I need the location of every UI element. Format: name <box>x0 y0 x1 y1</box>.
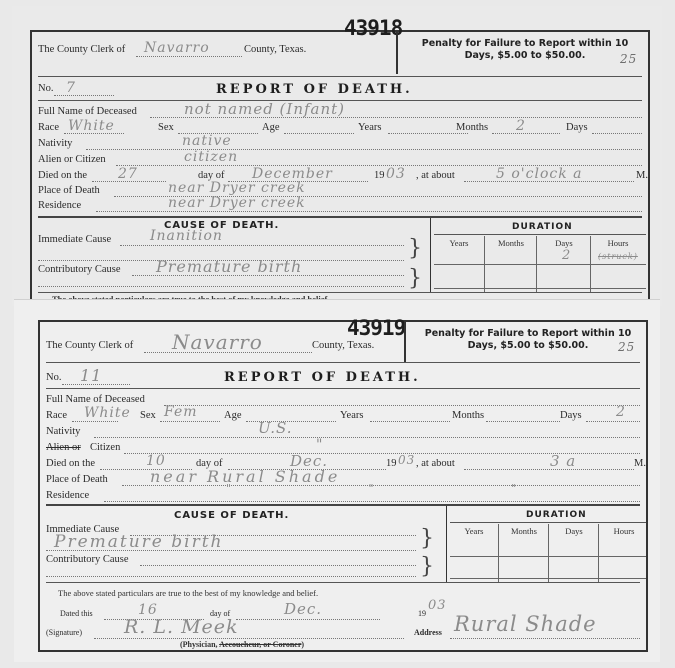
died-on-label: Died on the <box>38 170 87 181</box>
years-line <box>370 421 450 422</box>
penalty-line-2: Days, $5.00 to $50.00. <box>408 340 648 352</box>
time-line <box>464 469 634 470</box>
sex-label: Sex <box>140 410 156 421</box>
sex-value: Fem <box>164 404 198 420</box>
signature-label: (Signature) <box>46 628 82 637</box>
race-sex-age-row: Race White Sex Age Years Months 2 Days <box>32 120 648 136</box>
role-physician: (Physician, <box>180 640 219 649</box>
duration-days-value: 2 <box>562 248 571 263</box>
death-report-form: 43918 The County Clerk of Navarro County… <box>30 30 650 300</box>
divider <box>450 522 646 523</box>
dated-month-value: Dec. <box>284 600 322 618</box>
residence-value: near Dryer creek <box>168 195 306 211</box>
divider <box>38 76 642 77</box>
died-on-row: Died on the 10 day of Dec. 19 03 , at ab… <box>40 456 646 472</box>
death-report-sheet-43918: 43918 The County Clerk of Navarro County… <box>12 6 662 306</box>
no-label: No. <box>38 83 53 94</box>
duration-hours-value: (struck) <box>598 252 638 261</box>
died-on-label: Died on the <box>46 458 95 469</box>
form-title: REPORT OF DEATH. <box>224 370 421 385</box>
dated-month-line <box>236 619 380 620</box>
county-clerk-label: The County Clerk of <box>38 44 125 55</box>
role-struck: Accoucheur, or Coroner <box>219 640 301 649</box>
serial-number: 43918 <box>344 16 402 40</box>
contributory-cause-line-2 <box>38 286 404 287</box>
at-about-label: , at about <box>416 170 455 181</box>
divider <box>46 582 640 583</box>
days-label: Days <box>560 410 582 421</box>
full-name-row: Full Name of Deceased not named (Infant) <box>32 103 648 119</box>
immediate-cause-value: Inanition <box>150 228 223 244</box>
county-value: Navarro <box>172 330 263 354</box>
penalty-notice: Penalty for Failure to Report within 10 … <box>408 328 648 352</box>
nativity-value: native <box>182 133 232 149</box>
number-row: No. 11 REPORT OF DEATH. <box>40 366 646 386</box>
nativity-label: Nativity <box>46 426 80 437</box>
race-line <box>72 421 118 422</box>
months-label: Months <box>456 122 488 133</box>
duration-divider <box>430 218 431 292</box>
residence-line <box>96 211 642 212</box>
years-label: Years <box>340 410 363 421</box>
duration-col-hours: Hours <box>600 526 648 536</box>
brace: } <box>408 268 422 290</box>
months-label: Months <box>452 410 484 421</box>
age-label: Age <box>262 122 280 133</box>
alien-citizen-value: citizen <box>184 149 238 165</box>
divider <box>434 234 646 235</box>
header-divider <box>396 32 398 74</box>
death-report-sheet-43919: 43919 The County Clerk of Navarro County… <box>14 300 660 662</box>
nativity-line <box>86 149 642 150</box>
contributory-cause-row: Contributory Cause <box>40 552 646 568</box>
duration-col-years: Years <box>450 526 498 536</box>
died-on-row: Died on the 27 day of December 19 03 , a… <box>32 168 648 184</box>
sex-line <box>160 421 220 422</box>
alien-citizen-value: " <box>316 437 323 453</box>
signature-row: (Signature) R. L. Meek Address Rural Sha… <box>40 624 646 642</box>
penalty-line-1: Penalty for Failure to Report within 10 <box>408 328 648 340</box>
residence-row: Residence " " " <box>40 488 646 504</box>
number-row: No. 7 REPORT OF DEATH. <box>32 80 648 98</box>
signature-role: (Physician, Accoucheur, or Coroner) <box>180 640 304 649</box>
full-name-line <box>164 405 640 406</box>
role-close: ) <box>301 640 304 649</box>
death-report-form: 43919 The County Clerk of Navarro County… <box>38 320 648 652</box>
m-label: M. <box>634 458 646 469</box>
divider <box>46 504 640 506</box>
race-label: Race <box>46 410 67 421</box>
immediate-cause-value: Premature birth <box>54 532 223 552</box>
duration-col-months: Months <box>486 238 536 248</box>
at-about-label: , at about <box>416 458 455 469</box>
race-sex-age-row: Race White Sex Fem Age Years Months Days… <box>40 408 646 424</box>
immediate-cause-line <box>120 245 404 246</box>
dated-year-prefix: 19 <box>418 609 426 618</box>
contributory-cause-value: Premature birth <box>156 257 302 276</box>
county-value: Navarro <box>144 40 210 56</box>
days-line <box>592 133 642 134</box>
duration-title: DURATION <box>512 222 573 232</box>
months-line <box>492 133 560 134</box>
county-line <box>136 56 242 57</box>
duration-col-months: Months <box>500 526 548 536</box>
nativity-label: Nativity <box>38 138 72 149</box>
contributory-cause-label: Contributory Cause <box>46 554 129 565</box>
nativity-row: Nativity U.S. <box>40 424 646 440</box>
years-label: Years <box>358 122 381 133</box>
nativity-row: Nativity native <box>32 136 648 152</box>
residence-value: " " " <box>226 482 536 495</box>
brace: } <box>420 528 434 550</box>
penalty-notice: Penalty for Failure to Report within 10 … <box>400 38 650 62</box>
race-value: White <box>84 405 131 421</box>
year-prefix: 19 <box>386 458 397 469</box>
cause-section-title: CAUSE OF DEATH. <box>174 510 289 521</box>
no-line <box>54 95 114 96</box>
no-label: No. <box>46 372 61 383</box>
died-day-value: 27 <box>118 166 138 182</box>
place-of-death-row: Place of Death near Dryer creek <box>32 183 648 199</box>
penalty-line-1: Penalty for Failure to Report within 10 <box>400 38 650 50</box>
nativity-line <box>94 437 640 438</box>
year-prefix: 19 <box>374 170 385 181</box>
duration-title: DURATION <box>526 510 587 520</box>
address-line <box>450 638 640 639</box>
certification-text: The above stated particulars are true to… <box>58 588 318 598</box>
age-line <box>284 133 354 134</box>
duration-divider <box>446 506 447 582</box>
residence-row: Residence near Dryer creek <box>32 198 648 214</box>
sex-label: Sex <box>158 122 174 133</box>
contributory-cause-line <box>140 565 416 566</box>
county-clerk-label: The County Clerk of <box>46 340 133 351</box>
penalty-line-2: Days, $5.00 to $50.00. <box>400 50 650 62</box>
contributory-cause-line-2 <box>46 576 416 577</box>
duration-col-days: Days <box>538 238 590 248</box>
full-name-value: not named (Infant) <box>184 100 345 118</box>
place-label: Place of Death <box>46 474 108 485</box>
time-value: 3 a <box>550 452 576 470</box>
days-line <box>586 421 640 422</box>
no-value: 7 <box>66 80 76 96</box>
year-value: 03 <box>398 453 415 467</box>
signature-value: R. L. Meek <box>124 616 239 638</box>
months-value: 2 <box>516 118 526 134</box>
no-value: 11 <box>80 366 102 385</box>
full-name-label: Full Name of Deceased <box>38 106 137 117</box>
race-label: Race <box>38 122 59 133</box>
place-label: Place of Death <box>38 185 100 196</box>
days-label: Days <box>566 122 588 133</box>
m-label: M. <box>636 170 648 181</box>
time-value: 5 o'clock a <box>496 166 583 182</box>
days-value: 2 <box>616 404 626 420</box>
months-line <box>486 421 560 422</box>
divider <box>38 292 642 293</box>
year-value: 03 <box>386 166 406 182</box>
dated-label: Dated this <box>60 609 93 618</box>
immediate-cause-line-2 <box>46 550 416 551</box>
residence-label: Residence <box>46 490 89 501</box>
race-value: White <box>68 118 115 134</box>
full-name-row: Full Name of Deceased <box>40 392 646 408</box>
alien-citizen-label: Alien or Citizen <box>38 154 106 165</box>
signature-line <box>94 638 404 639</box>
penalty-mark: 25 <box>620 52 637 66</box>
contributory-cause-label: Contributory Cause <box>38 264 121 275</box>
alien-label-struck: Alien or <box>46 442 81 453</box>
citizen-label: Citizen <box>90 442 120 453</box>
brace: } <box>420 556 434 578</box>
divider <box>46 362 640 363</box>
header-divider <box>404 322 406 362</box>
nativity-value: U.S. <box>258 419 293 437</box>
divider <box>46 388 640 389</box>
duration-col-days: Days <box>550 526 598 536</box>
immediate-cause-label: Immediate Cause <box>38 234 111 245</box>
dated-year-value: 03 <box>428 598 447 613</box>
age-label: Age <box>224 410 242 421</box>
duration-col-years: Years <box>434 238 484 248</box>
duration-col-hours: Hours <box>592 238 644 248</box>
residence-line <box>104 501 640 502</box>
form-title: REPORT OF DEATH. <box>216 82 413 97</box>
years-line <box>388 133 468 134</box>
address-value: Rural Shade <box>454 612 597 636</box>
full-name-label: Full Name of Deceased <box>46 394 145 405</box>
place-value: near Dryer creek <box>168 180 306 196</box>
county-suffix: County, Texas. <box>312 340 374 351</box>
county-suffix: County, Texas. <box>244 44 306 55</box>
address-label: Address <box>414 628 442 637</box>
penalty-mark: 25 <box>618 340 635 354</box>
brace: } <box>408 238 422 260</box>
divider <box>38 216 642 218</box>
residence-label: Residence <box>38 200 81 211</box>
